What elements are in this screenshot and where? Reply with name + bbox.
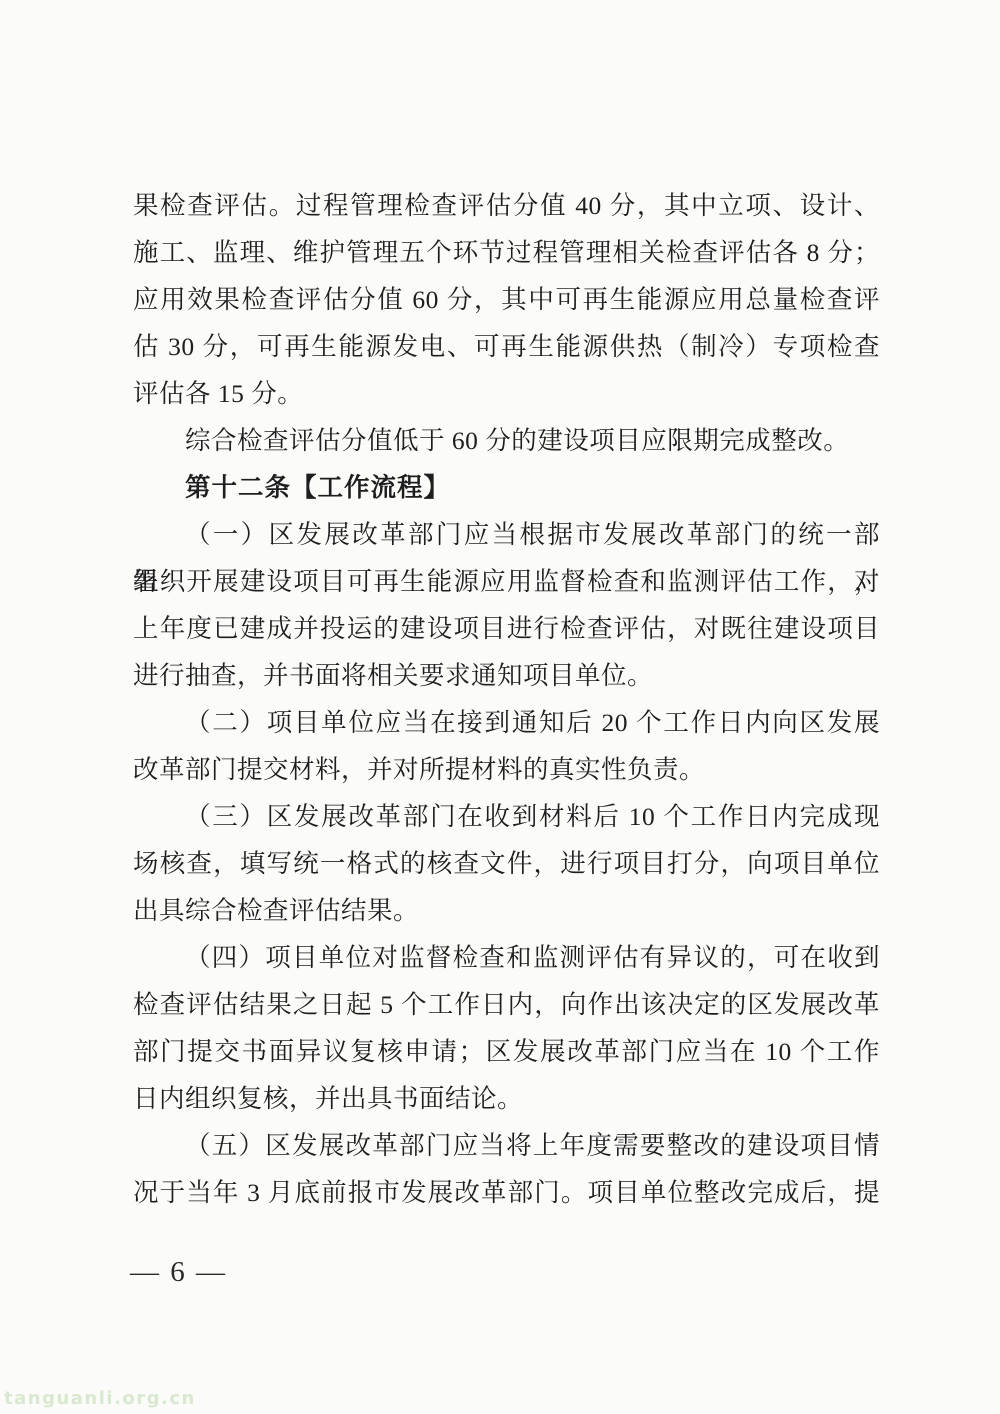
text-line: 场核查，填写统一格式的核查文件，进行项目打分，向项目单位 bbox=[133, 840, 880, 887]
text-line: （四）项目单位对监督检查和监测评估有异议的，可在收到 bbox=[133, 934, 880, 981]
text-line: （一）区发展改革部门应当根据市发展改革部门的统一部署， bbox=[133, 511, 880, 558]
text-line: 综合检查评估分值低于 60 分的建设项目应限期完成整改。 bbox=[133, 417, 880, 464]
text-line: 应用效果检查评估分值 60 分，其中可再生能源应用总量检查评 bbox=[133, 276, 880, 323]
text-line: （二）项目单位应当在接到通知后 20 个工作日内向区发展 bbox=[133, 699, 880, 746]
text-line: 上年度已建成并投运的建设项目进行检查评估，对既往建设项目 bbox=[133, 605, 880, 652]
text-line: 估 30 分，可再生能源发电、可再生能源供热（制冷）专项检查 bbox=[133, 323, 880, 370]
page-number: — 6 — bbox=[130, 1256, 227, 1289]
document-page: 果检查评估。过程管理检查评估分值 40 分，其中立项、设计、 施工、监理、维护管… bbox=[0, 0, 1000, 1414]
text-line: 改革部门提交材料，并对所提材料的真实性负责。 bbox=[133, 746, 880, 793]
text-line: （三）区发展改革部门在收到材料后 10 个工作日内完成现 bbox=[133, 793, 880, 840]
text-line: 日内组织复核，并出具书面结论。 bbox=[133, 1075, 880, 1122]
text-line: 出具综合检查评估结果。 bbox=[133, 887, 880, 934]
document-body: 果检查评估。过程管理检查评估分值 40 分，其中立项、设计、 施工、监理、维护管… bbox=[133, 182, 880, 1216]
text-line: （五）区发展改革部门应当将上年度需要整改的建设项目情 bbox=[133, 1122, 880, 1169]
text-line: 施工、监理、维护管理五个环节过程管理相关检查评估各 8 分； bbox=[133, 229, 880, 276]
text-line: 果检查评估。过程管理检查评估分值 40 分，其中立项、设计、 bbox=[133, 182, 880, 229]
watermark: tanguanli.org.cn bbox=[4, 1388, 196, 1409]
text-line: 部门提交书面异议复核申请；区发展改革部门应当在 10 个工作 bbox=[133, 1028, 880, 1075]
text-line: 检查评估结果之日起 5 个工作日内，向作出该决定的区发展改革 bbox=[133, 981, 880, 1028]
article-heading: 第十二条【工作流程】 bbox=[133, 464, 880, 511]
text-line: 进行抽查，并书面将相关要求通知项目单位。 bbox=[133, 652, 880, 699]
text-line: 况于当年 3 月底前报市发展改革部门。项目单位整改完成后，提 bbox=[133, 1169, 880, 1216]
text-line: 组织开展建设项目可再生能源应用监督检查和监测评估工作，对 bbox=[133, 558, 880, 605]
text-line: 评估各 15 分。 bbox=[133, 370, 880, 417]
